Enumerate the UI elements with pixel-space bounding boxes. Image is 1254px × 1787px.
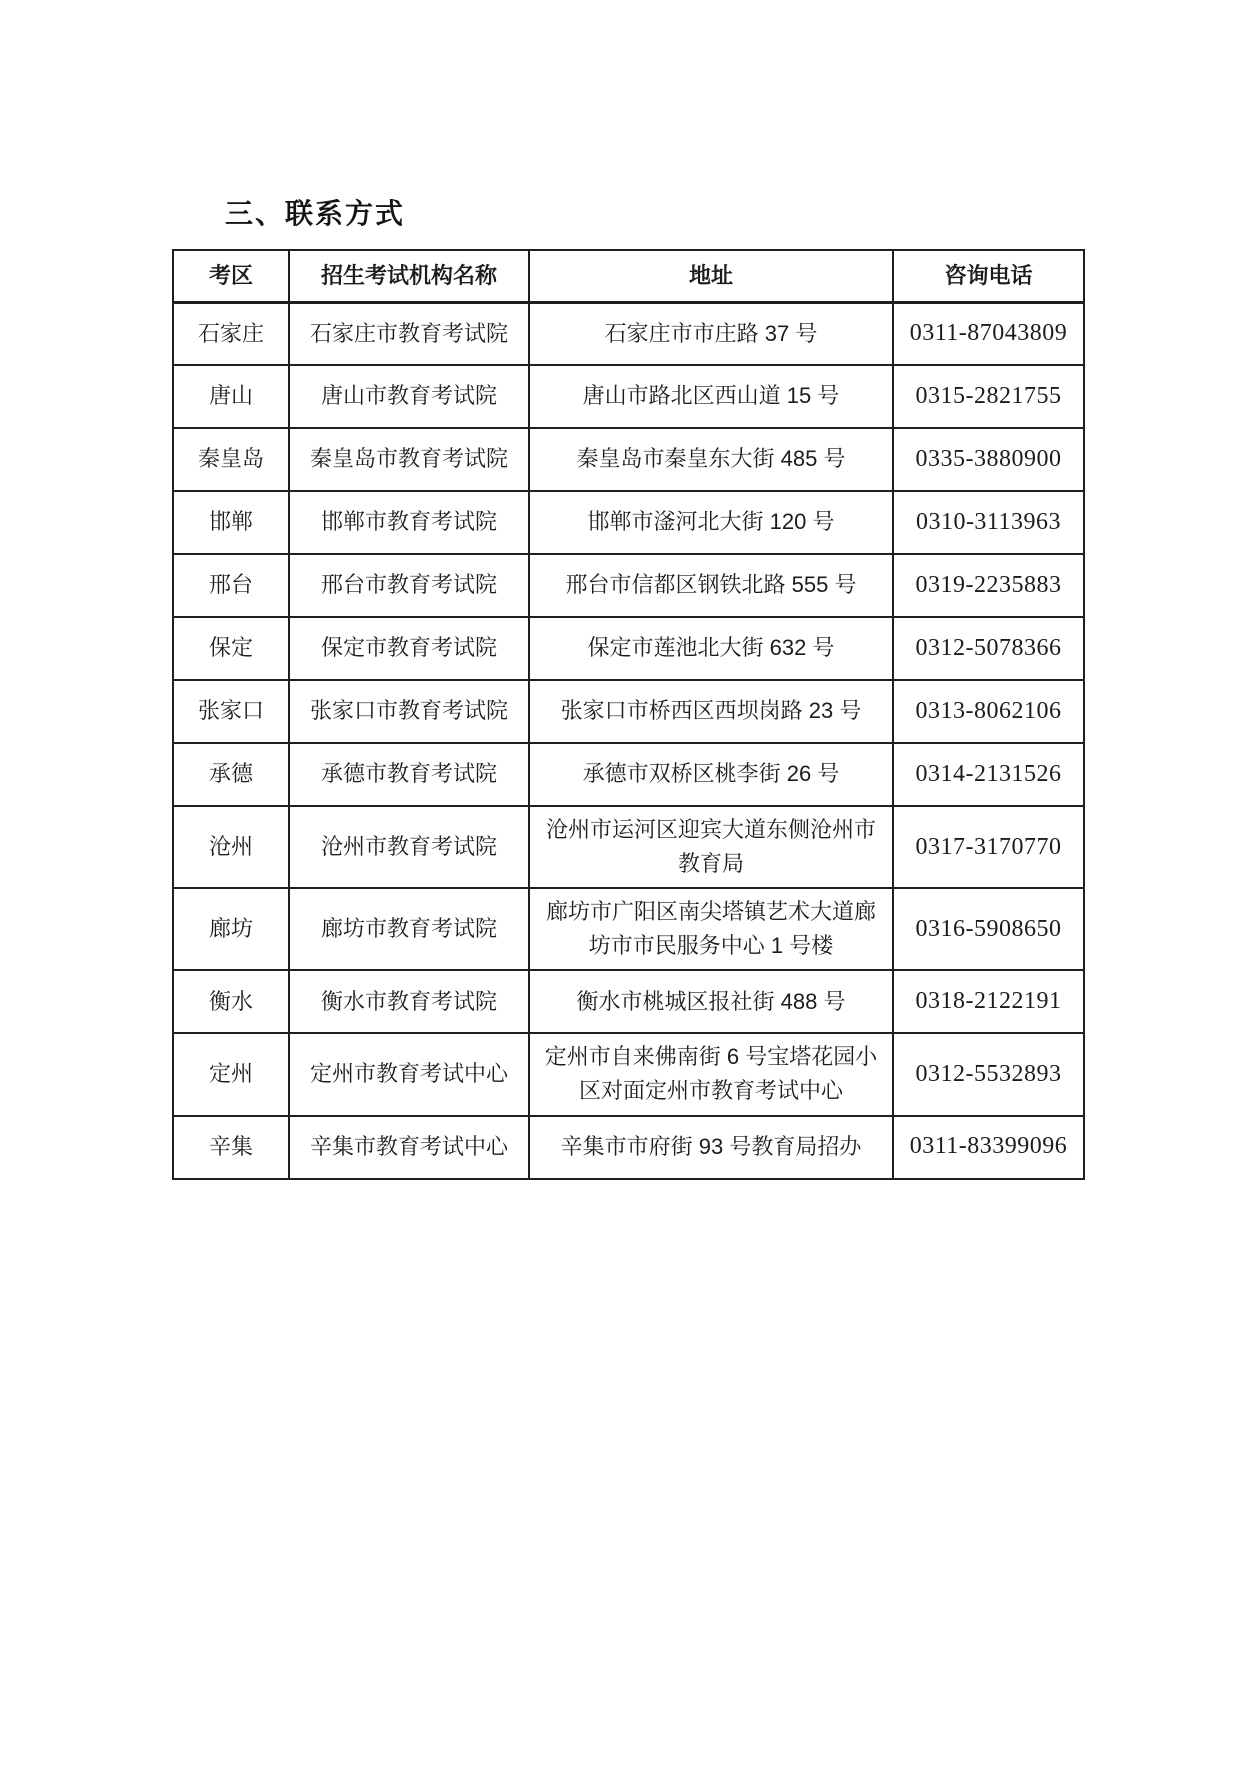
agency-name-cell: 秦皇岛市教育考试院 (289, 428, 529, 491)
table-row: 衡水衡水市教育考试院衡水市桃城区报社街 488 号0318-2122191 (173, 970, 1084, 1033)
section-title: 三、联系方式 (225, 192, 405, 232)
agency-name-cell: 沧州市教育考试院 (289, 806, 529, 888)
table-row: 邢台邢台市教育考试院邢台市信都区钢铁北路 555 号0319-2235883 (173, 554, 1084, 617)
exam-area-cell: 唐山 (173, 365, 289, 428)
exam-area-cell: 廊坊 (173, 888, 289, 970)
address-cell: 秦皇岛市秦皇东大街 485 号 (529, 428, 893, 491)
table-row: 秦皇岛秦皇岛市教育考试院秦皇岛市秦皇东大街 485 号0335-3880900 (173, 428, 1084, 491)
contact-table: 考区 招生考试机构名称 地址 咨询电话 石家庄石家庄市教育考试院石家庄市市庄路 … (172, 249, 1085, 1180)
table-row: 定州定州市教育考试中心定州市自来佛南街 6 号宝塔花园小区对面定州市教育考试中心… (173, 1033, 1084, 1115)
phone-cell: 0315-2821755 (893, 365, 1084, 428)
agency-name-cell: 邢台市教育考试院 (289, 554, 529, 617)
agency-name-cell: 石家庄市教育考试院 (289, 302, 529, 365)
agency-name-cell: 定州市教育考试中心 (289, 1033, 529, 1115)
address-cell: 邯郸市滏河北大街 120 号 (529, 491, 893, 554)
address-cell: 衡水市桃城区报社街 488 号 (529, 970, 893, 1033)
table-row: 保定保定市教育考试院保定市莲池北大街 632 号0312-5078366 (173, 617, 1084, 680)
header-phone: 咨询电话 (893, 250, 1084, 302)
address-cell: 保定市莲池北大街 632 号 (529, 617, 893, 680)
exam-area-cell: 辛集 (173, 1116, 289, 1179)
exam-area-cell: 石家庄 (173, 302, 289, 365)
table-header-row: 考区 招生考试机构名称 地址 咨询电话 (173, 250, 1084, 302)
phone-cell: 0312-5532893 (893, 1033, 1084, 1115)
exam-area-cell: 定州 (173, 1033, 289, 1115)
phone-cell: 0310-3113963 (893, 491, 1084, 554)
agency-name-cell: 唐山市教育考试院 (289, 365, 529, 428)
exam-area-cell: 邯郸 (173, 491, 289, 554)
address-cell: 张家口市桥西区西坝岗路 23 号 (529, 680, 893, 743)
agency-name-cell: 保定市教育考试院 (289, 617, 529, 680)
address-cell: 邢台市信都区钢铁北路 555 号 (529, 554, 893, 617)
agency-name-cell: 衡水市教育考试院 (289, 970, 529, 1033)
header-exam-area: 考区 (173, 250, 289, 302)
table-row: 邯郸邯郸市教育考试院邯郸市滏河北大街 120 号0310-3113963 (173, 491, 1084, 554)
exam-area-cell: 秦皇岛 (173, 428, 289, 491)
document-page: 三、联系方式 考区 招生考试机构名称 地址 咨询电话 石家庄石家庄市教育考试院石… (0, 0, 1254, 1787)
address-cell: 唐山市路北区西山道 15 号 (529, 365, 893, 428)
agency-name-cell: 邯郸市教育考试院 (289, 491, 529, 554)
exam-area-cell: 保定 (173, 617, 289, 680)
address-cell: 廊坊市广阳区南尖塔镇艺术大道廊坊市市民服务中心 1 号楼 (529, 888, 893, 970)
address-cell: 石家庄市市庄路 37 号 (529, 302, 893, 365)
header-address: 地址 (529, 250, 893, 302)
table-row: 张家口张家口市教育考试院张家口市桥西区西坝岗路 23 号0313-8062106 (173, 680, 1084, 743)
exam-area-cell: 沧州 (173, 806, 289, 888)
address-cell: 承德市双桥区桃李街 26 号 (529, 743, 893, 806)
phone-cell: 0313-8062106 (893, 680, 1084, 743)
exam-area-cell: 衡水 (173, 970, 289, 1033)
header-agency-name: 招生考试机构名称 (289, 250, 529, 302)
table-row: 廊坊廊坊市教育考试院廊坊市广阳区南尖塔镇艺术大道廊坊市市民服务中心 1 号楼03… (173, 888, 1084, 970)
phone-cell: 0318-2122191 (893, 970, 1084, 1033)
address-cell: 定州市自来佛南街 6 号宝塔花园小区对面定州市教育考试中心 (529, 1033, 893, 1115)
table-row: 唐山唐山市教育考试院唐山市路北区西山道 15 号0315-2821755 (173, 365, 1084, 428)
agency-name-cell: 廊坊市教育考试院 (289, 888, 529, 970)
phone-cell: 0316-5908650 (893, 888, 1084, 970)
address-cell: 辛集市市府街 93 号教育局招办 (529, 1116, 893, 1179)
phone-cell: 0311-87043809 (893, 302, 1084, 365)
phone-cell: 0312-5078366 (893, 617, 1084, 680)
phone-cell: 0311-83399096 (893, 1116, 1084, 1179)
table-row: 石家庄石家庄市教育考试院石家庄市市庄路 37 号0311-87043809 (173, 302, 1084, 365)
phone-cell: 0317-3170770 (893, 806, 1084, 888)
exam-area-cell: 张家口 (173, 680, 289, 743)
agency-name-cell: 承德市教育考试院 (289, 743, 529, 806)
address-cell: 沧州市运河区迎宾大道东侧沧州市教育局 (529, 806, 893, 888)
agency-name-cell: 张家口市教育考试院 (289, 680, 529, 743)
exam-area-cell: 邢台 (173, 554, 289, 617)
table-body: 石家庄石家庄市教育考试院石家庄市市庄路 37 号0311-87043809唐山唐… (173, 302, 1084, 1179)
agency-name-cell: 辛集市教育考试中心 (289, 1116, 529, 1179)
phone-cell: 0335-3880900 (893, 428, 1084, 491)
phone-cell: 0319-2235883 (893, 554, 1084, 617)
phone-cell: 0314-2131526 (893, 743, 1084, 806)
table-row: 沧州沧州市教育考试院沧州市运河区迎宾大道东侧沧州市教育局0317-3170770 (173, 806, 1084, 888)
exam-area-cell: 承德 (173, 743, 289, 806)
table-row: 辛集辛集市教育考试中心辛集市市府街 93 号教育局招办0311-83399096 (173, 1116, 1084, 1179)
table-row: 承德承德市教育考试院承德市双桥区桃李街 26 号0314-2131526 (173, 743, 1084, 806)
